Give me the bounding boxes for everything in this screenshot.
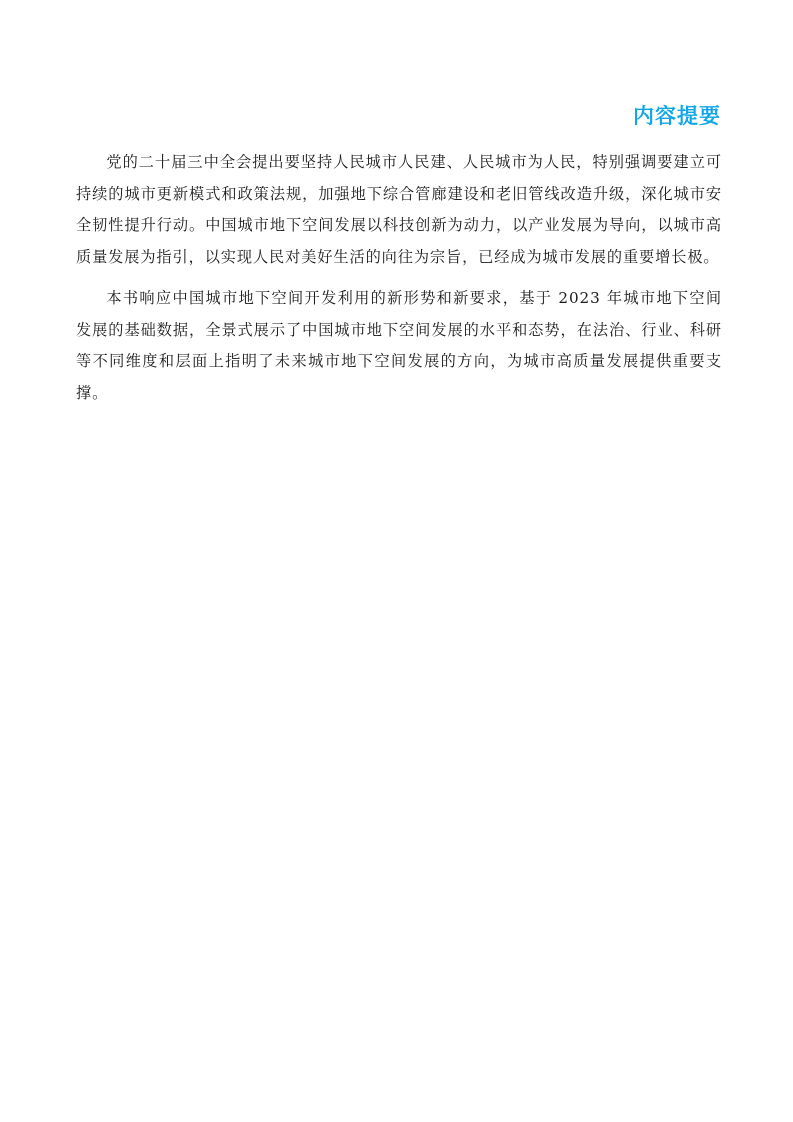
abstract-body: 党的二十届三中全会提出要坚持人民城市人民建、人民城市为人民，特别强调要建立可持续… bbox=[76, 147, 722, 419]
document-page: 内容提要 党的二十届三中全会提出要坚持人民城市人民建、人民城市为人民，特别强调要… bbox=[0, 0, 793, 1122]
page-title: 内容提要 bbox=[633, 100, 721, 132]
paragraph-2: 本书响应中国城市地下空间开发利用的新形势和新要求，基于 2023 年城市地下空间… bbox=[76, 283, 722, 409]
paragraph-1: 党的二十届三中全会提出要坚持人民城市人民建、人民城市为人民，特别强调要建立可持续… bbox=[76, 147, 722, 273]
